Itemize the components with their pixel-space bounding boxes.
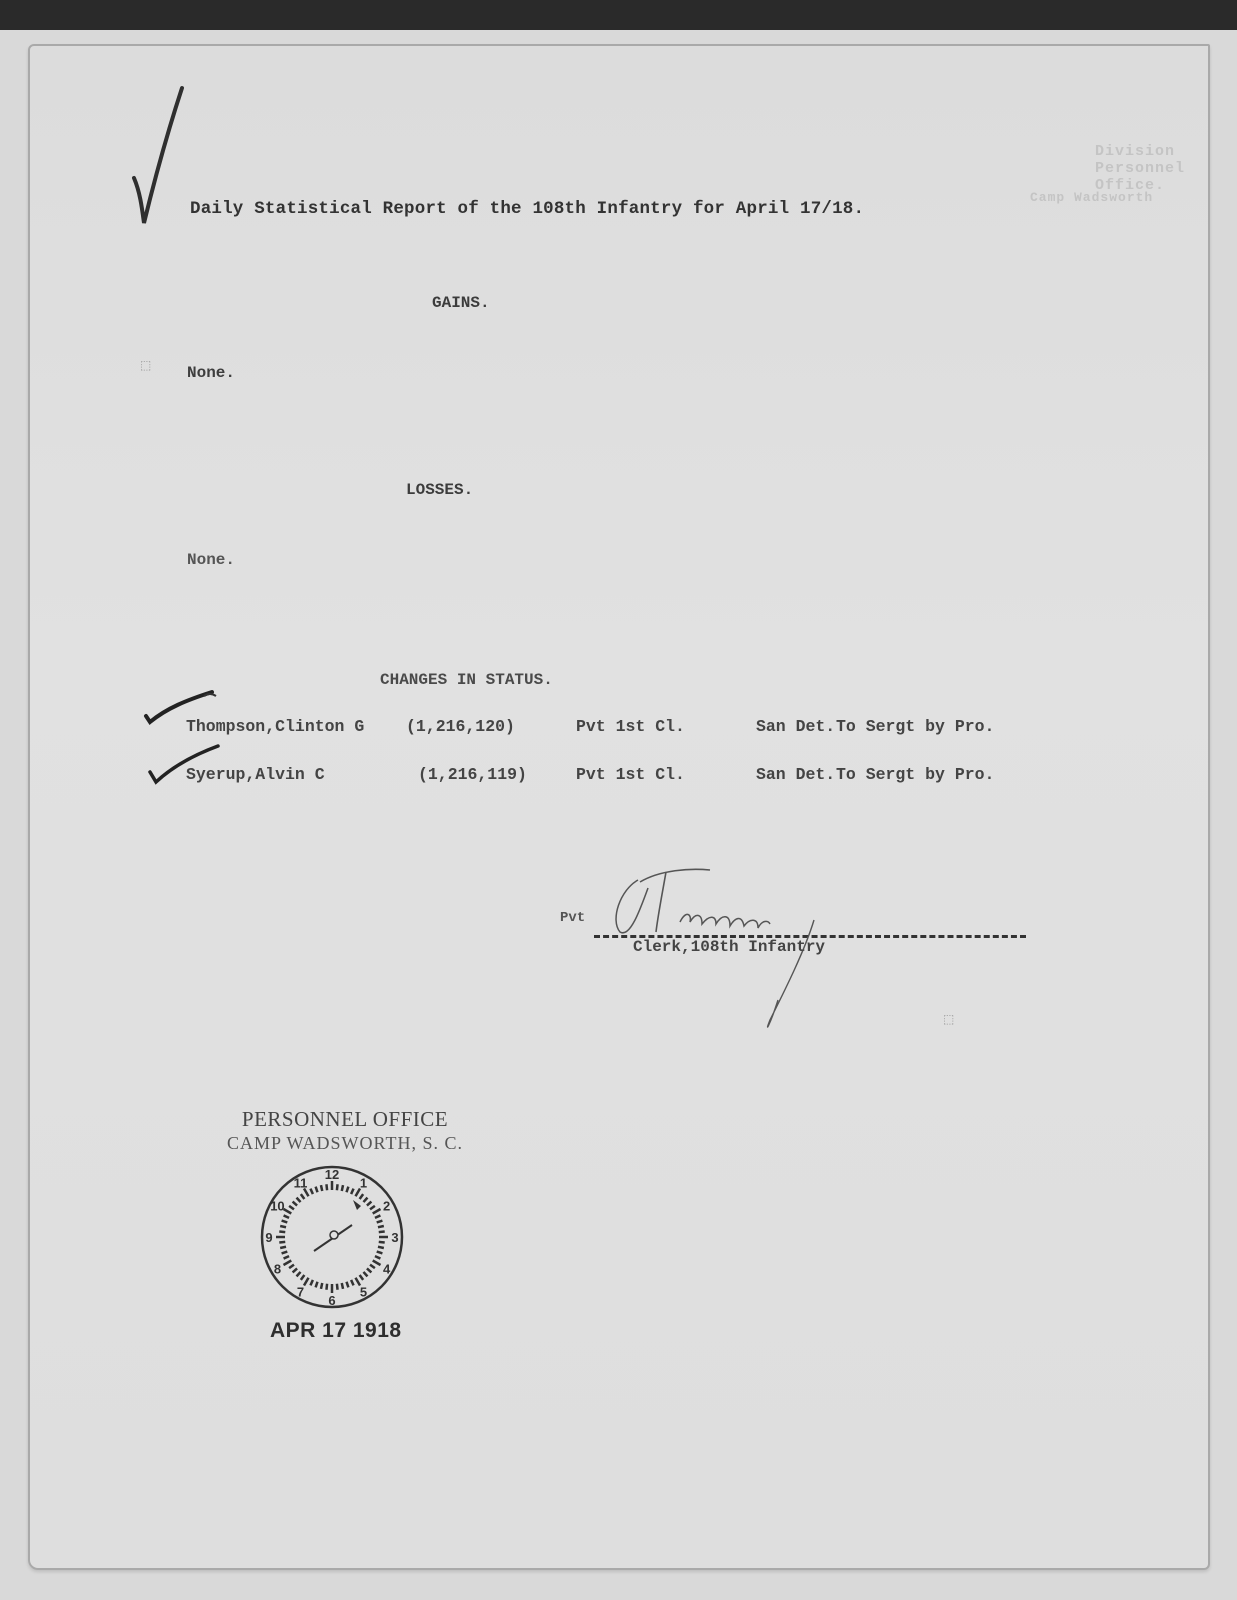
checkmark-icon — [120, 80, 200, 230]
bleed-through-text: Camp Wadsworth — [1030, 190, 1153, 205]
table-row: Syerup,Alvin C (1,216,119) Pvt 1st Cl. S… — [186, 765, 206, 879]
svg-text:9: 9 — [265, 1230, 272, 1245]
scanner-border — [0, 0, 1237, 30]
stamp-date: APR 17 1918 — [270, 1319, 410, 1343]
svg-text:1: 1 — [360, 1175, 367, 1190]
soldier-name: Syerup,Alvin C — [186, 765, 325, 784]
rank: Pvt 1st Cl. — [576, 717, 685, 736]
svg-text:3: 3 — [391, 1230, 398, 1245]
svg-text:5: 5 — [360, 1285, 367, 1300]
losses-heading: LOSSES. — [406, 481, 473, 499]
serial-number: (1,216,120) — [406, 717, 515, 736]
svg-text:11: 11 — [294, 1175, 308, 1190]
scan-artifact: ⬚ — [140, 358, 151, 372]
svg-text:10: 10 — [270, 1199, 284, 1214]
gains-body: None. — [187, 364, 235, 382]
signature-prefix: Pvt — [560, 910, 585, 926]
svg-text:4: 4 — [383, 1262, 391, 1277]
scan-artifact: ⬚ — [943, 1012, 954, 1026]
rank: Pvt 1st Cl. — [576, 765, 685, 784]
signature-title: Clerk,108th Infantry — [633, 938, 825, 956]
svg-text:2: 2 — [383, 1199, 390, 1214]
bleed-through-text: Division Personnel Office. — [1095, 143, 1237, 194]
svg-text:7: 7 — [297, 1285, 304, 1300]
status-change: To Sergt by Pro. — [836, 717, 994, 736]
svg-text:12: 12 — [325, 1167, 339, 1182]
clock-stamp-icon: 121234567891011 — [257, 1162, 407, 1312]
status-change: To Sergt by Pro. — [836, 765, 994, 784]
gains-heading: GAINS. — [432, 294, 490, 312]
soldier-name: Thompson,Clinton G — [186, 717, 364, 736]
report-title: Daily Statistical Report of the 108th In… — [190, 199, 864, 219]
stamp-office: PERSONNEL OFFICE — [200, 1107, 490, 1132]
unit: San Det. — [756, 765, 835, 784]
svg-text:6: 6 — [328, 1293, 335, 1308]
losses-body: None. — [187, 551, 235, 569]
unit: San Det. — [756, 717, 835, 736]
svg-text:8: 8 — [274, 1262, 281, 1277]
serial-number: (1,216,119) — [418, 765, 527, 784]
stamp-location: CAMP WADSWORTH, S. C. — [200, 1133, 490, 1154]
changes-heading: CHANGES IN STATUS. — [380, 671, 553, 689]
